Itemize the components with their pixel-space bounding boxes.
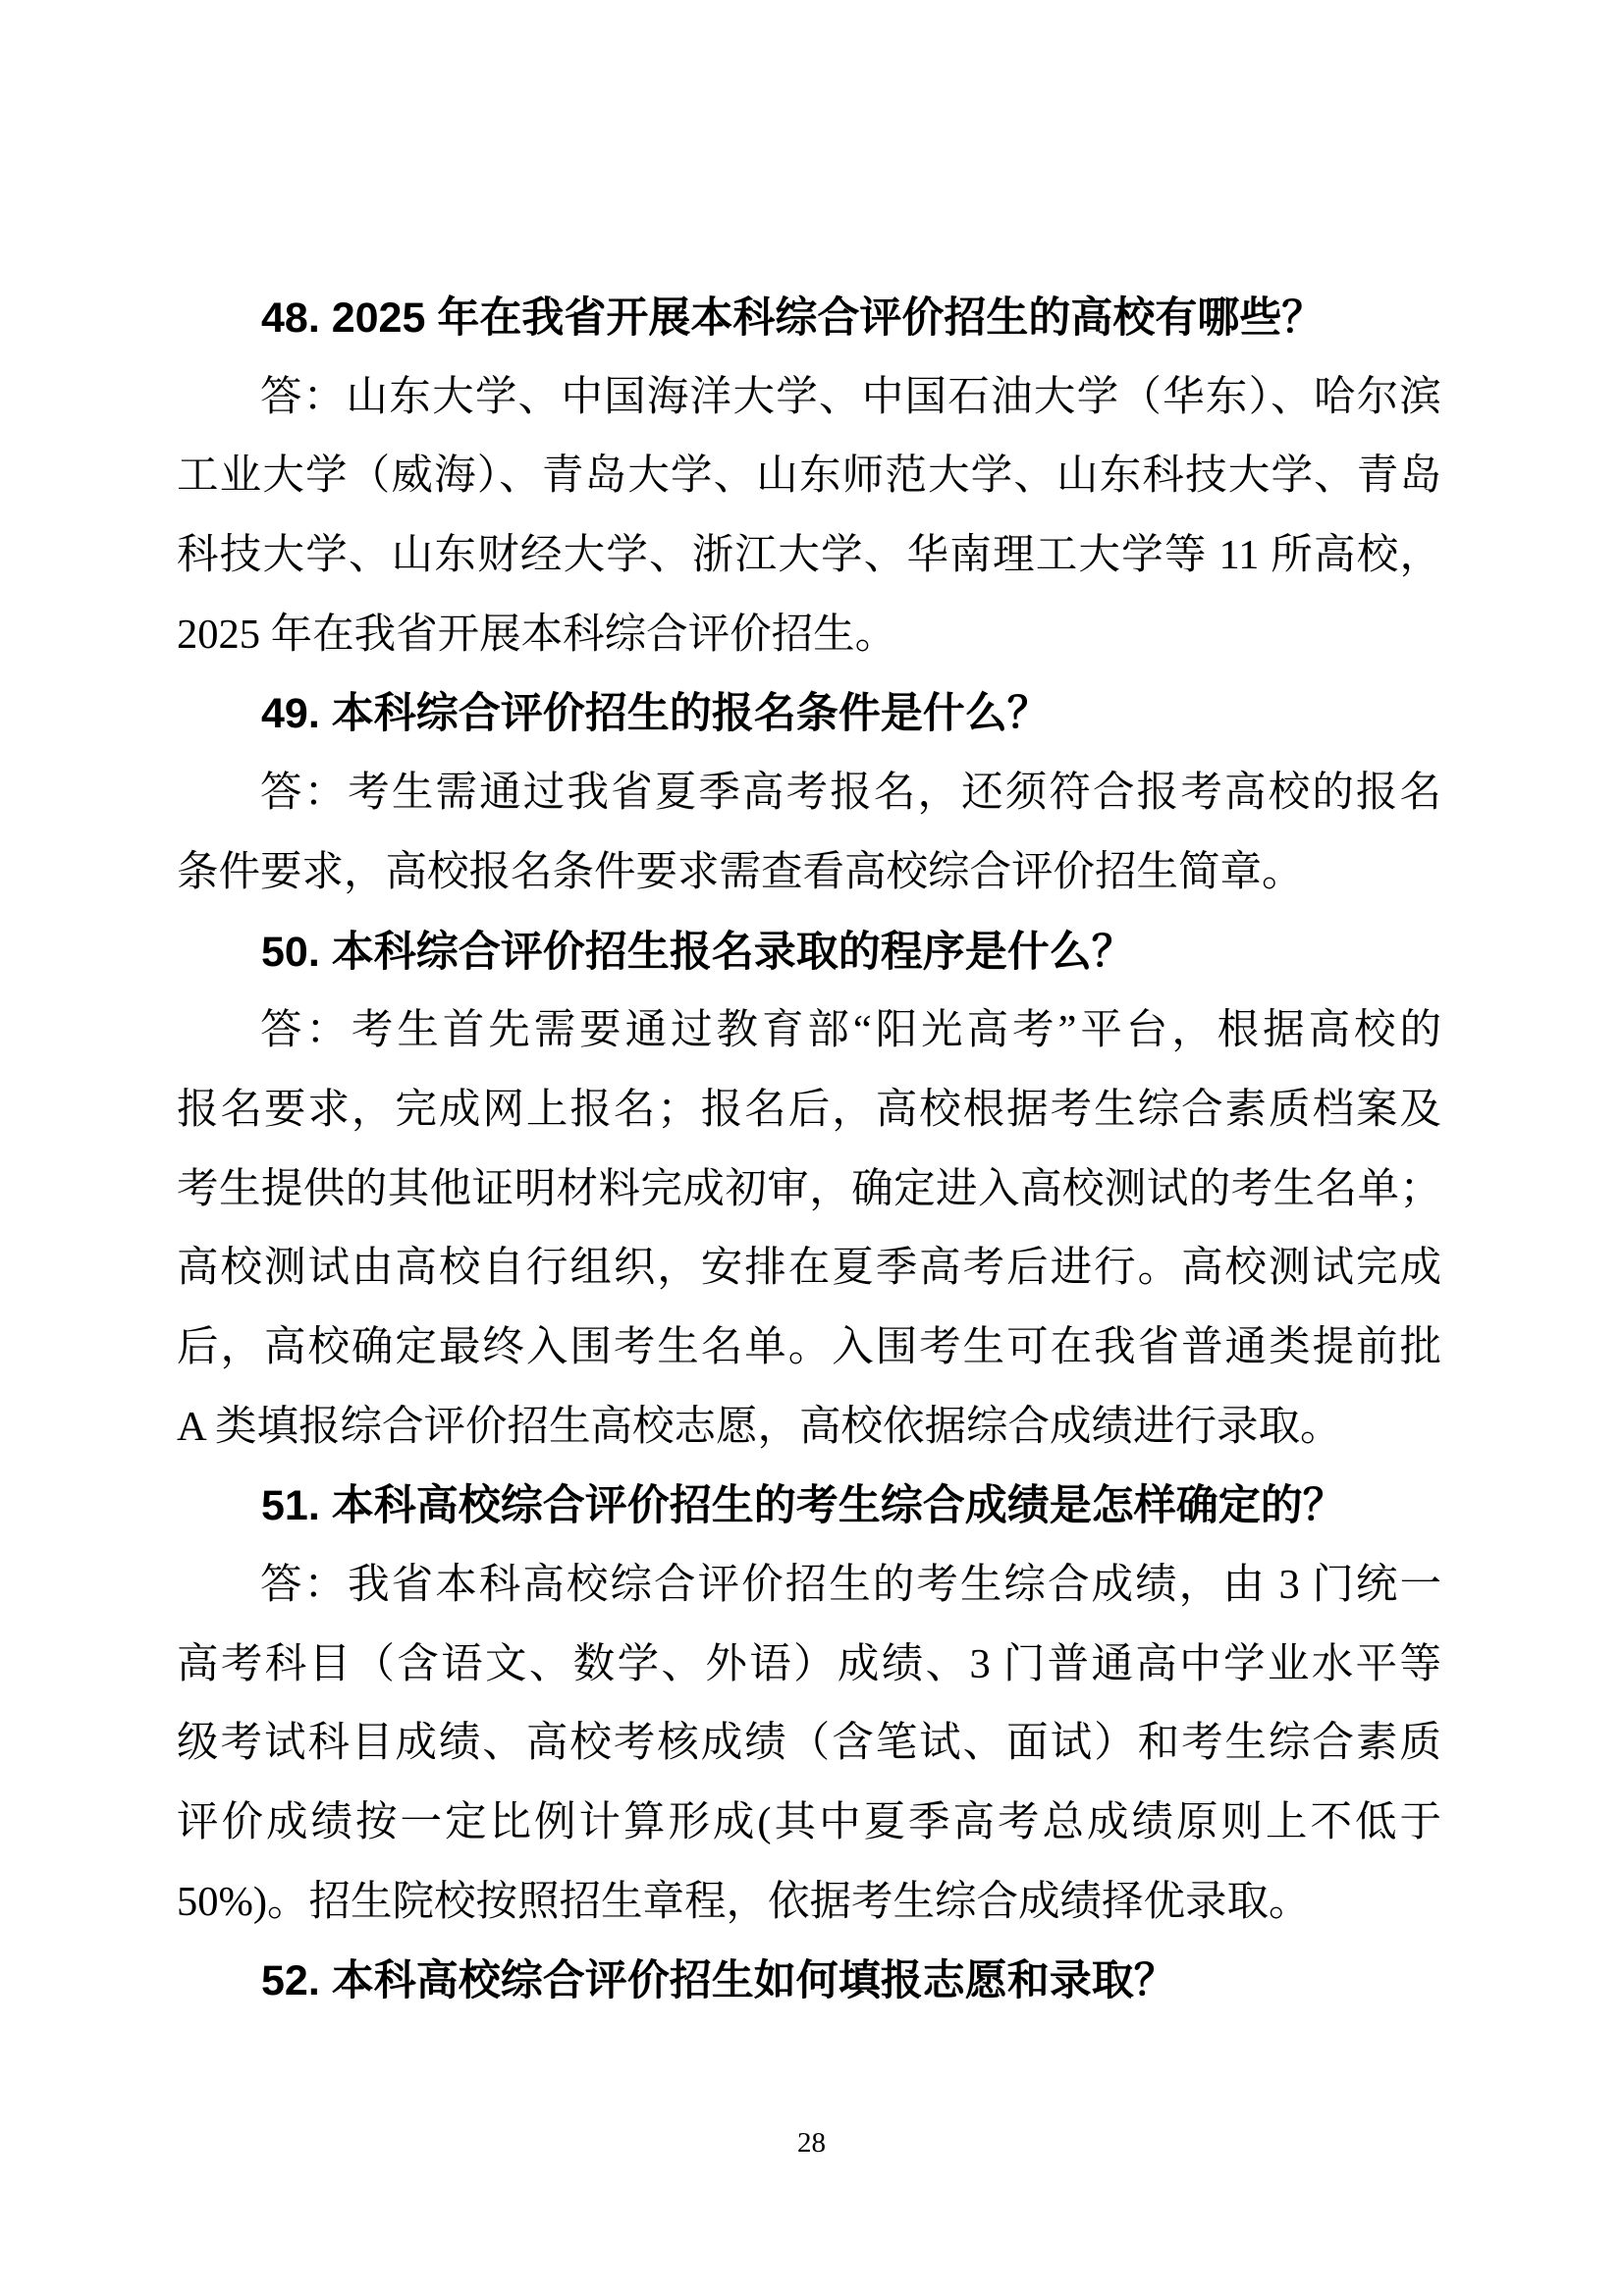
answer-line: 高校测试由高校自行组织，安排在夏季高考后进行。高校测试完成 (177, 1229, 1441, 1308)
answer-line: 高考科目（含语文、数学、外语）成绩、3 门普通高中学业水平等 (177, 1626, 1441, 1705)
answer-line: 科技大学、山东财经大学、浙江大学、华南理工大学等 11 所高校， (177, 516, 1441, 596)
question-heading: 52. 本科高校综合评价招生如何填报志愿和录取？ (177, 1942, 1441, 2021)
answer-line: 答：考生需通过我省夏季高考报名，还须符合报考高校的报名 (177, 754, 1441, 833)
answer-line: 答：我省本科高校综合评价招生的考生综合成绩，由 3 门统一 (177, 1546, 1441, 1626)
answer-line: 报名要求，完成网上报名；报名后，高校根据考生综合素质档案及 (177, 1071, 1441, 1150)
answer-line: 评价成绩按一定比例计算形成(其中夏季高考总成绩原则上不低于 (177, 1784, 1441, 1863)
page-number: 28 (0, 2123, 1623, 2163)
answer-line: 50%)。招生院校按照招生章程，依据考生综合成绩择优录取。 (177, 1863, 1441, 1943)
answer-line: 条件要求，高校报名条件要求需查看高校综合评价招生简章。 (177, 833, 1441, 913)
answer-line: 级考试科目成绩、高校考核成绩（含笔试、面试）和考生综合素质 (177, 1704, 1441, 1784)
answer-line: 工业大学（威海）、青岛大学、山东师范大学、山东科技大学、青岛 (177, 437, 1441, 516)
answer-line: 考生提供的其他证明材料完成初审，确定进入高校测试的考生名单； (177, 1150, 1441, 1230)
answer-line: 2025 年在我省开展本科综合评价招生。 (177, 596, 1441, 675)
document-page: 48. 2025 年在我省开展本科综合评价招生的高校有哪些？答：山东大学、中国海… (0, 0, 1623, 2296)
question-heading: 51. 本科高校综合评价招生的考生综合成绩是怎样确定的？ (177, 1467, 1441, 1546)
answer-line: 答：考生首先需要通过教育部“阳光高考”平台，根据高校的 (177, 991, 1441, 1071)
qa-content: 48. 2025 年在我省开展本科综合评价招生的高校有哪些？答：山东大学、中国海… (177, 279, 1441, 2021)
question-heading: 50. 本科综合评价招生报名录取的程序是什么？ (177, 913, 1441, 992)
question-heading: 49. 本科综合评价招生的报名条件是什么？ (177, 674, 1441, 754)
question-heading: 48. 2025 年在我省开展本科综合评价招生的高校有哪些？ (177, 279, 1441, 358)
answer-line: 答：山东大学、中国海洋大学、中国石油大学（华东）、哈尔滨 (177, 358, 1441, 438)
answer-line: A 类填报综合评价招生高校志愿，高校依据综合成绩进行录取。 (177, 1388, 1441, 1468)
answer-line: 后，高校确定最终入围考生名单。入围考生可在我省普通类提前批 (177, 1308, 1441, 1388)
